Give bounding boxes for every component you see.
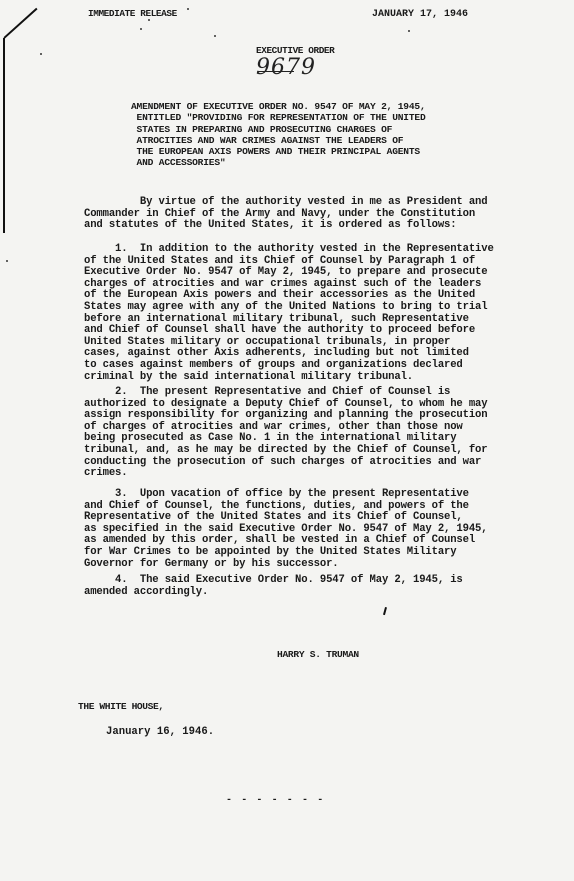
paragraph-3-line: 3. Upon vacation of office by the presen… bbox=[84, 489, 487, 501]
paragraph-1: 1. In addition to the authority vested i… bbox=[84, 244, 494, 383]
speck bbox=[214, 35, 216, 37]
amendment-title-line: ENTITLED "PROVIDING FOR REPRESENTATION O… bbox=[131, 112, 426, 123]
signed-date: January 16, 1946. bbox=[106, 726, 214, 738]
pen-tick-mark bbox=[383, 607, 387, 615]
paragraph-1-line: States may agree with any of the United … bbox=[84, 302, 494, 314]
margin-pencil-stroke bbox=[3, 8, 37, 39]
paragraph-1-line: to cases against members of groups and o… bbox=[84, 360, 494, 372]
paragraph-4-line: amended accordingly. bbox=[84, 587, 463, 599]
paragraph-4-line: 4. The said Executive Order No. 9547 of … bbox=[84, 575, 463, 587]
paragraph-1-line: 1. In addition to the authority vested i… bbox=[84, 244, 494, 256]
preamble: By virtue of the authority vested in me … bbox=[84, 197, 487, 232]
amendment-title-line: STATES IN PREPARING AND PROSECUTING CHAR… bbox=[131, 124, 426, 135]
order-number: 9679 bbox=[256, 55, 316, 80]
amendment-title-line: AND ACCESSORIES" bbox=[131, 157, 426, 168]
speck bbox=[140, 28, 142, 30]
paragraph-3: 3. Upon vacation of office by the presen… bbox=[84, 489, 487, 570]
speck bbox=[187, 8, 189, 10]
speck bbox=[6, 260, 8, 262]
speck bbox=[40, 53, 42, 55]
end-marker: - - - - - - - bbox=[226, 795, 325, 806]
paragraph-3-line: Governor for Germany or by his successor… bbox=[84, 559, 487, 571]
paragraph-1-line: and Chief of Counsel shall have the auth… bbox=[84, 325, 494, 337]
paragraph-3-line: for War Crimes to be appointed by the Un… bbox=[84, 547, 487, 559]
amendment-title-line: THE EUROPEAN AXIS POWERS AND THEIR PRINC… bbox=[131, 146, 426, 157]
release-date: JANUARY 17, 1946 bbox=[372, 9, 468, 20]
paragraph-2: 2. The present Representative and Chief … bbox=[84, 387, 487, 480]
paragraph-1-line: criminal by the said international milit… bbox=[84, 372, 494, 384]
amendment-title-line: ATROCITIES AND WAR CRIMES AGAINST THE LE… bbox=[131, 135, 426, 146]
paragraph-2-line: crimes. bbox=[84, 468, 487, 480]
document-page: IMMEDIATE RELEASE JANUARY 17, 1946 EXECU… bbox=[0, 0, 574, 881]
release-label: IMMEDIATE RELEASE bbox=[88, 8, 177, 19]
signature: HARRY S. TRUMAN bbox=[277, 649, 359, 660]
paragraph-2-line: conducting the prosecution of such charg… bbox=[84, 457, 487, 469]
speck bbox=[148, 19, 150, 21]
preamble-line: By virtue of the authority vested in me … bbox=[84, 197, 487, 209]
paragraph-2-line: 2. The present Representative and Chief … bbox=[84, 387, 487, 399]
margin-pencil-mark bbox=[3, 38, 5, 233]
place: THE WHITE HOUSE, bbox=[78, 701, 164, 712]
amendment-title-line: AMENDMENT OF EXECUTIVE ORDER NO. 9547 OF… bbox=[131, 101, 426, 112]
preamble-line: and statutes of the United States, it is… bbox=[84, 220, 487, 232]
amendment-title: AMENDMENT OF EXECUTIVE ORDER NO. 9547 OF… bbox=[131, 101, 426, 169]
paragraph-2-line: tribunal, and, as he may be directed by … bbox=[84, 445, 487, 457]
paragraph-4: 4. The said Executive Order No. 9547 of … bbox=[84, 575, 463, 598]
speck bbox=[408, 30, 410, 32]
